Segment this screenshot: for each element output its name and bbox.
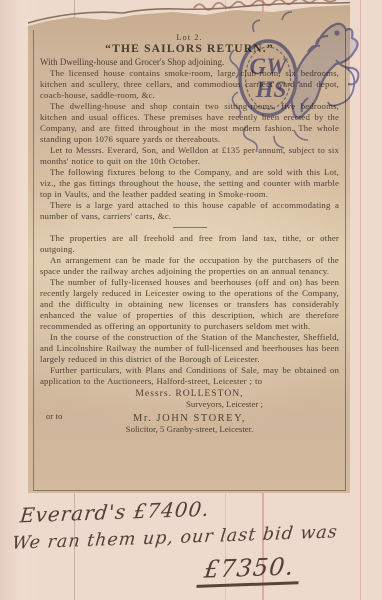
handwritten-final-bid: £7350. [196,552,301,588]
lot-label: Lot 2. [40,32,339,42]
clipping-paragraph: Let to Messrs. Everard, Son, and Welldon… [40,145,339,167]
clipping-paragraph: The number of fully-licensed houses and … [40,277,339,332]
clipping-column: Lot 2. “THE SAILORS RETURN.” With Dwelli… [33,30,346,491]
clipping-paragraph: The dwelling-house and shop contain two … [40,101,339,145]
clipping-paragraph: An arrangement can be made for the occup… [40,255,339,277]
section-divider [173,227,207,228]
advert-subtitle: With Dwelling-house and Grocer's Shop ad… [40,57,339,67]
advert-body-lower: The properties are all freehold and free… [40,233,339,387]
newspaper-clipping: Lot 2. “THE SAILORS RETURN.” With Dwelli… [28,4,350,493]
clipping-paragraph: There is a large yard attached to this h… [40,200,339,222]
clipping-paragraph: Further particulars, with Plans and Cond… [40,365,339,387]
advert-body-upper: The licensed house contains smoke-room, … [40,68,339,222]
clipping-paragraph: The licensed house contains smoke-room, … [40,68,339,101]
advert-title: “THE SAILORS RETURN.” [40,43,339,55]
clipping-paragraph: The properties are all freehold and free… [40,233,339,255]
surveyor-role: Surveyors, Leicester ; [40,399,339,409]
ledger-rule-line [360,0,361,600]
surveyor-name: Messrs. ROLLESTON, [40,388,339,399]
solicitor-name: Mr. JOHN STOREY, [40,413,339,424]
clipping-paragraph: The following fixtures belong to the Com… [40,167,339,200]
solicitor-role: Solicitor, 5 Granby-street, Leicester. [40,424,339,434]
clipping-paragraph: In the course of the construction of the… [40,332,339,365]
